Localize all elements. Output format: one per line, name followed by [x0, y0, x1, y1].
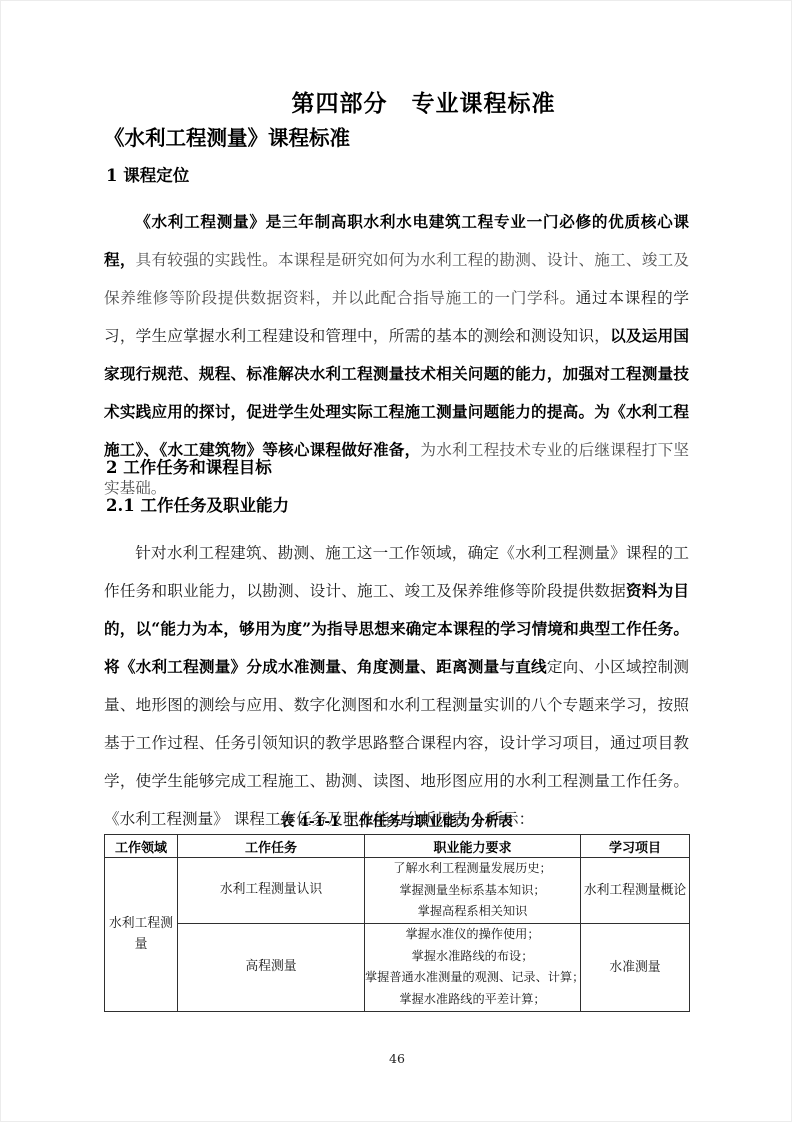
cell-work-task: 高程测量: [178, 923, 365, 1011]
table-row: 水利工程测量水利工程测量认识了解水利工程测量发展历史；掌握测量坐标系基本知识；掌…: [105, 858, 690, 924]
cell-learning-project: 水准测量: [581, 923, 690, 1011]
cell-ability-requirements: 掌握水准仪的操作使用；掌握水准路线的布设；掌握普通水准测量的观测、记录、计算；掌…: [365, 923, 581, 1011]
table-caption: 表 4-1-1 工作任务与职业能力分析表: [104, 811, 689, 831]
part-title: 第四部分 专业课程标准: [131, 85, 716, 118]
cell-ability-requirements: 了解水利工程测量发展历史；掌握测量坐标系基本知识；掌握高程系相关知识: [365, 858, 581, 924]
cell-work-task: 水利工程测量认识: [178, 858, 365, 924]
task-ability-analysis-table: 工作领域 工作任务 职业能力要求 学习项目 水利工程测量水利工程测量认识了解水利…: [104, 834, 690, 1012]
ability-line: 掌握高程系相关知识: [365, 901, 580, 923]
section-1-heading: 1 课程定位: [106, 162, 691, 186]
ability-line: 掌握水准路线的平差计算；: [365, 989, 580, 1011]
ability-line: 掌握水准路线的布设；: [365, 946, 580, 968]
cell-learning-project: 水利工程测量概论: [581, 858, 690, 924]
document-page: 第四部分 专业课程标准 《水利工程测量》课程标准 1 课程定位 《水利工程测量》…: [0, 0, 792, 1122]
ability-line: 了解水利工程测量发展历史；: [365, 858, 580, 880]
paragraph-segment: 针对水利工程建筑、勘测、施工这一工作领域，确定《水利工程测量》课程的工作任务和职…: [104, 544, 689, 600]
course-standard-title: 《水利工程测量》课程标准: [104, 121, 724, 151]
ability-line: 掌握测量坐标系基本知识；: [365, 880, 580, 902]
ability-line: 掌握普通水准测量的观测、记录、计算；: [365, 967, 580, 989]
header-work-domain: 工作领域: [105, 835, 178, 858]
paragraph-work-tasks: 针对水利工程建筑、勘测、施工这一工作领域，确定《水利工程测量》课程的工作任务和职…: [104, 534, 689, 838]
header-work-task: 工作任务: [178, 835, 365, 858]
cell-work-domain: 水利工程测量: [105, 858, 178, 1012]
page-number: 46: [1, 1051, 792, 1066]
paragraph-segment: 定向、小区域控制测量、地形图的测绘与应用、数字化测图和水利工程测量实训的八个专题…: [104, 658, 689, 828]
ability-line: 掌握水准仪的操作使用；: [365, 924, 580, 946]
header-ability-requirements: 职业能力要求: [365, 835, 581, 858]
table-row: 高程测量掌握水准仪的操作使用；掌握水准路线的布设；掌握普通水准测量的观测、记录、…: [105, 923, 690, 1011]
section-2-heading: 2 工作任务和课程目标: [106, 454, 691, 478]
table-header-row: 工作领域 工作任务 职业能力要求 学习项目: [105, 835, 690, 858]
section-2-1-heading: 2.1 工作任务及职业能力: [106, 492, 691, 516]
header-learning-project: 学习项目: [581, 835, 690, 858]
paragraph-segment: 以及运用国家现行规范、规程、标准解决水利工程测量技术相关问题的能力，加强对工程测…: [104, 326, 689, 459]
